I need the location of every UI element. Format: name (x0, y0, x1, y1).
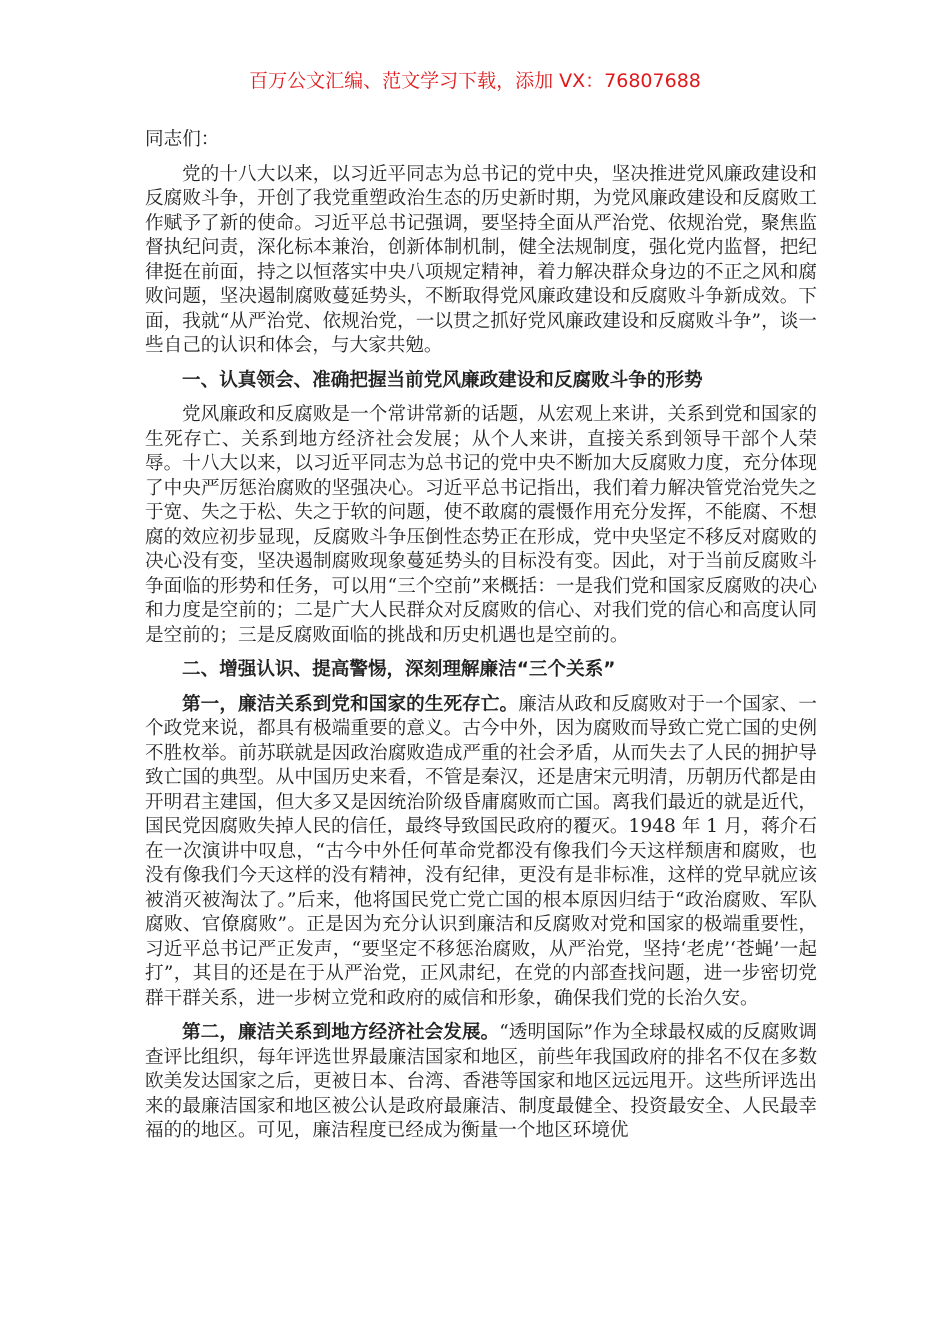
section-heading-2: 二、增强认识、提高警惕，深刻理解廉洁“三个关系” (145, 658, 817, 683)
point-1-lead: 第一，廉洁关系到党和国家的生死存亡。 (182, 694, 518, 715)
point-1-paragraph: 第一，廉洁关系到党和国家的生死存亡。廉洁从政和反腐败对于一个国家、一个政党来说，… (145, 693, 817, 1012)
salutation: 同志们： (145, 128, 817, 153)
point-2-lead: 第二，廉洁关系到地方经济社会发展。 (182, 1022, 499, 1043)
intro-paragraph: 党的十八大以来，以习近平同志为总书记的党中央，坚决推进党风廉政建设和反腐败斗争，… (145, 163, 817, 359)
document-body: 同志们： 党的十八大以来，以习近平同志为总书记的党中央，坚决推进党风廉政建设和反… (145, 128, 817, 1144)
point-1-body: 廉洁从政和反腐败对于一个国家、一个政党来说，都具有极端重要的意义。古今中外，因为… (145, 694, 817, 1009)
section-1-paragraph: 党风廉政和反腐败是一个常讲常新的话题，从宏观上来讲，关系到党和国家的生死存亡、关… (145, 403, 817, 648)
section-heading-1: 一、认真领会、准确把握当前党风廉政建设和反腐败斗争的形势 (145, 369, 817, 394)
watermark-banner: 百万公文汇编、范文学习下载，添加 VX：76807688 (0, 66, 950, 93)
point-2-paragraph: 第二，廉洁关系到地方经济社会发展。“透明国际”作为全球最权威的反腐败调查评比组织… (145, 1021, 817, 1144)
